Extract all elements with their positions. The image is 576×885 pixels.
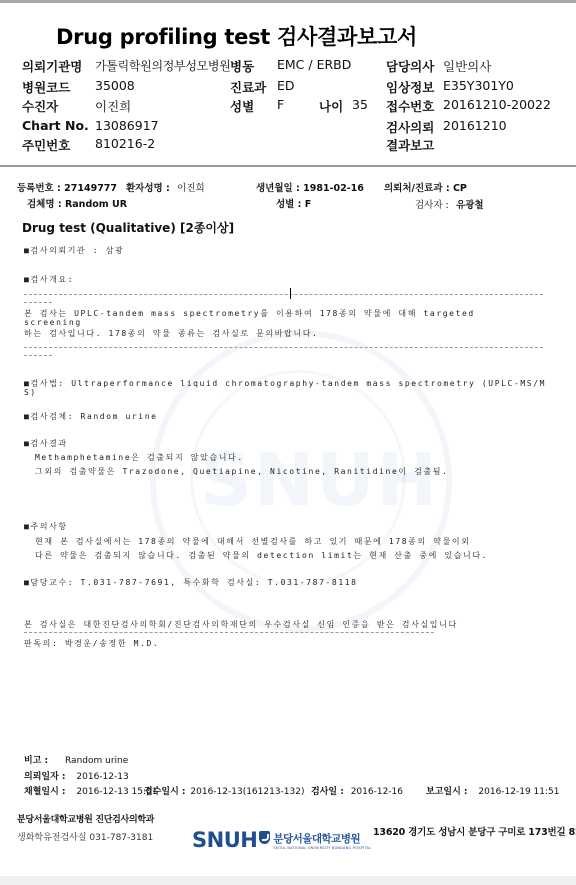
snuh-logo: SNUH 분당서울대학교병원 SEOUL NATIONAL UNIVERSITY… — [192, 825, 371, 855]
footer-department: 분당서울대학교병원 진단검사의학과 — [17, 812, 154, 825]
reg-sex-value: F — [305, 199, 312, 210]
request-date-value: 2016-12-13 — [76, 772, 128, 782]
header-value-clinical-info: E35Y301Y0 — [443, 78, 514, 93]
header-label-result-report: 결과보고 — [386, 136, 434, 154]
header-value-age: 35 — [352, 97, 368, 112]
referral-org-line: ■검사의뢰기관 : 삼광 — [24, 245, 124, 256]
header-value-institution: 가톨릭학원의정부성모병원 — [95, 57, 231, 74]
footer-lab: 생화학유전검사실 031-787-3181 — [17, 830, 153, 843]
method-line-2: S) — [24, 388, 37, 397]
shield-icon — [259, 831, 270, 844]
examiner-value: 유광철 — [456, 200, 484, 211]
header-label-clinical-info: 임상정보 — [386, 78, 434, 96]
overview-heading: ■검사개요: — [24, 274, 74, 285]
dashed-line — [24, 632, 434, 633]
header-value-receipt-no: 20161210-20022 — [443, 97, 551, 112]
birth-date: 생년월일 : 1981-02-16 — [256, 180, 364, 194]
header-value-chart-no: 13086917 — [95, 118, 159, 133]
header-value-patient: 이진희 — [95, 97, 131, 115]
patient-name: 환자성명 : 이진희 — [126, 180, 205, 194]
referral-dept-value: CP — [453, 183, 467, 194]
caution-line-1: 현재 본 검사실에서는 178종의 약물에 대해서 선별검사를 하고 있기 때문… — [35, 536, 471, 547]
specimen-value: Random UR — [65, 199, 127, 210]
dashed-line — [24, 355, 52, 356]
result-line-2: 그외의 검출약물은 Trazodone, Quetiapine, Nicotin… — [35, 466, 449, 477]
report-label: 보고일시 : — [426, 787, 468, 797]
text-cursor — [290, 288, 291, 299]
remark: 비고 : Random urine — [24, 753, 128, 766]
patient-name-value: 이진희 — [177, 183, 205, 194]
remark-label: 비고 : — [24, 756, 48, 766]
dashed-line — [24, 347, 543, 348]
examiner: 검사자 : 유광철 — [415, 197, 484, 211]
request-date-label: 의뢰일자 : — [24, 772, 66, 782]
header-label-receipt-no: 접수번호 — [386, 97, 434, 115]
report-value: 2016-12-19 11:51 — [478, 787, 559, 797]
reader-line: 판독의: 박경운/송정한 M.D. — [24, 638, 159, 649]
specimen: 검체명 : Random UR — [27, 196, 127, 210]
receipt-value: 2016-12-13(161213-132) — [190, 787, 304, 797]
dashed-line — [24, 302, 52, 303]
contact-line: ■담당교수: T.031-787-7691, 특수화학 검사실: T.031-7… — [24, 577, 358, 588]
remark-value: Random urine — [65, 756, 128, 766]
footer-address: 13620 경기도 성남시 분당구 구미로 173번길 82 — [373, 824, 576, 838]
overview-line-3: 하는 검사입니다. 178종의 약물 종류는 검사실로 문의바랍니다. — [24, 328, 318, 339]
logo-mark: SNUH — [192, 828, 257, 852]
specimen-line: ■검사검체: Random urine — [24, 411, 158, 422]
result-line-1: Methamphetamine은 검출되지 않았습니다. — [35, 452, 244, 463]
collection-time: 채혈일시 : 2016-12-13 15:01 — [24, 784, 158, 797]
header-value-test-request: 20161210 — [443, 118, 507, 133]
header-label-resident-no: 주민번호 — [22, 136, 70, 154]
header-label-ward: 병동 — [230, 57, 254, 75]
logo-korean-name: 분당서울대학교병원 — [273, 831, 371, 846]
test-subtitle: Drug test (Qualitative) [2종이상] — [22, 219, 234, 236]
header-label-sex: 성별 — [230, 97, 254, 115]
section-separator — [0, 165, 576, 167]
receipt-time: 접수일시 : 2016-12-13(161213-132) — [144, 784, 305, 797]
header-value-ward: EMC / ERBD — [277, 57, 351, 72]
birth-date-value: 1981-02-16 — [303, 183, 364, 194]
birth-date-label: 생년월일 : — [256, 183, 300, 194]
referral-dept-label: 의뢰처/진료과 : — [384, 183, 450, 194]
top-border — [0, 0, 576, 3]
certification-line: 본 검사실은 대한진단검사의학회/진단검사의학재단의 우수검사실 신임 인증을 … — [24, 619, 458, 630]
test-date-label: 검사일 : — [311, 787, 344, 797]
caution-line-2: 다른 약물은 검출되지 않습니다. 검출된 약물의 detection limi… — [35, 550, 488, 561]
header-value-doctor: 일반의사 — [443, 57, 491, 75]
test-date: 검사일 : 2016-12-16 — [311, 784, 403, 797]
patient-name-label: 환자성명 : — [126, 183, 170, 194]
header-label-chart-no: Chart No. — [22, 118, 89, 133]
overview-line-1: 본 검사는 UPLC-tandem mass spectrometry를 이용하… — [24, 308, 475, 319]
reg-no: 등록번호 : 27149777 — [17, 180, 117, 194]
reg-sex: 성별 : F — [276, 196, 311, 210]
header-value-sex: F — [277, 97, 284, 112]
header-value-resident-no: 810216-2 — [95, 136, 155, 151]
request-date: 의뢰일자 : 2016-12-13 — [24, 769, 129, 782]
header-label-institution: 의뢰기관명 — [22, 57, 82, 75]
header-value-hospital-code: 35008 — [95, 78, 135, 93]
header-label-test-request: 검사의뢰 — [386, 118, 434, 136]
header-label-hospital-code: 병원코드 — [22, 78, 70, 96]
test-date-value: 2016-12-16 — [351, 787, 403, 797]
specimen-label: 검체명 : — [27, 199, 62, 210]
report-title: Drug profiling test 검사결과보고서 — [56, 21, 417, 51]
header-label-patient: 수진자 — [22, 97, 58, 115]
reg-sex-label: 성별 : — [276, 199, 301, 210]
examiner-label: 검사자 : — [415, 200, 449, 211]
reg-no-label: 등록번호 : — [17, 183, 61, 194]
caution-heading: ■주의사항 — [24, 521, 68, 532]
watermark-text: SNUH — [200, 438, 439, 522]
referral-dept: 의뢰처/진료과 : CP — [384, 180, 467, 194]
header-label-department: 진료과 — [230, 78, 266, 96]
bottom-border — [0, 876, 576, 885]
reg-no-value: 27149777 — [64, 183, 117, 194]
header-label-age: 나이 — [319, 97, 343, 115]
method-line-1: ■검사법: Ultraperformance liquid chromatogr… — [24, 378, 546, 389]
dashed-line — [24, 294, 543, 295]
collection-label: 채혈일시 : — [24, 787, 66, 797]
header-label-doctor: 담당의사 — [386, 57, 434, 75]
receipt-label: 접수일시 : — [144, 787, 186, 797]
report-time: 보고일시 : 2016-12-19 11:51 — [426, 784, 560, 797]
header-value-department: ED — [277, 78, 295, 93]
result-heading: ■검사결과 — [24, 438, 68, 449]
overview-line-2: screening — [24, 318, 82, 327]
logo-english-name: SEOUL NATIONAL UNIVERSITY BUNDANG HOSPIT… — [273, 846, 371, 850]
